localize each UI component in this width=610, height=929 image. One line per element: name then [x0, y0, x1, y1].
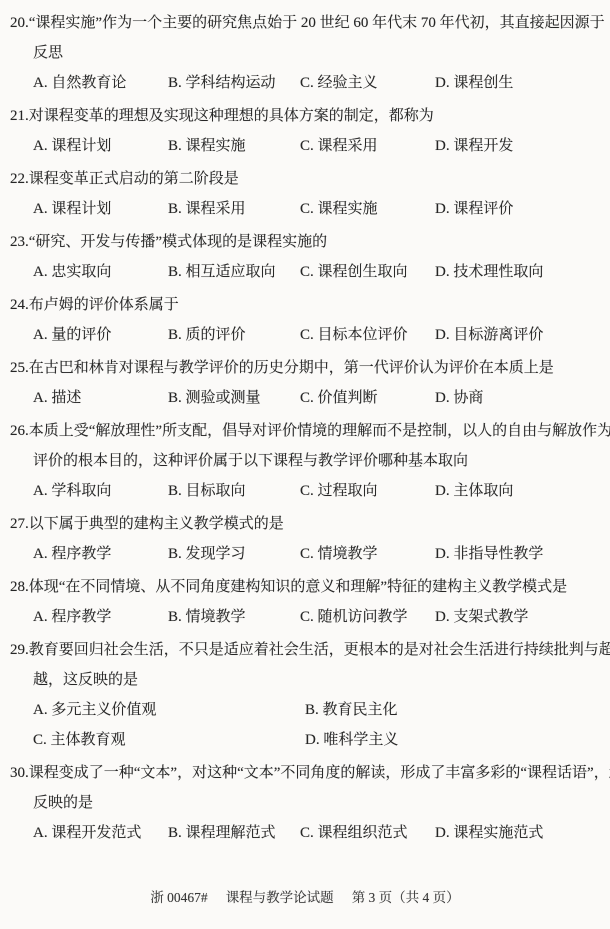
option-c: C. 课程采用 [300, 131, 435, 161]
option-c: C. 情境教学 [300, 539, 435, 569]
option-d: D. 课程评价 [435, 194, 600, 224]
option-c: C. 经验主义 [300, 68, 435, 98]
question-stem: 26.本质上受“解放理性”所支配，倡导对评价情境的理解而不是控制，以人的自由与解… [10, 416, 600, 446]
option-a: A. 描述 [33, 383, 168, 413]
option-a: A. 程序教学 [33, 539, 168, 569]
option-a: A. 课程计划 [33, 194, 168, 224]
option-c: C. 课程创生取向 [300, 257, 435, 287]
options-row: A. 自然教育论 B. 学科结构运动 C. 经验主义 D. 课程创生 [33, 68, 600, 98]
question-26: 26.本质上受“解放理性”所支配，倡导对评价情境的理解而不是控制，以人的自由与解… [10, 416, 600, 506]
question-stem-continuation: 反映的是 [33, 788, 600, 818]
option-b: B. 相互适应取向 [168, 257, 300, 287]
option-c: C. 价值判断 [300, 383, 435, 413]
option-a: A. 课程开发范式 [33, 818, 168, 848]
options-row: A. 课程计划 B. 课程采用 C. 课程实施 D. 课程评价 [33, 194, 600, 224]
option-a: A. 程序教学 [33, 602, 168, 632]
question-27: 27.以下属于典型的建构主义教学模式的是 A. 程序教学 B. 发现学习 C. … [10, 509, 600, 569]
question-stem: 27.以下属于典型的建构主义教学模式的是 [10, 509, 600, 539]
question-stem-continuation: 越，这反映的是 [33, 665, 600, 695]
option-d: D. 非指导性教学 [435, 539, 600, 569]
options-row: C. 主体教育观 D. 唯科学主义 [33, 725, 600, 755]
option-b: B. 课程实施 [168, 131, 300, 161]
option-d: D. 目标游离评价 [435, 320, 600, 350]
option-b: B. 目标取向 [168, 476, 300, 506]
options-row: A. 多元主义价值观 B. 教育民主化 [33, 695, 600, 725]
option-c: C. 随机访问教学 [300, 602, 435, 632]
option-c: C. 课程实施 [300, 194, 435, 224]
question-stem: 20.“课程实施”作为一个主要的研究焦点始于 20 世纪 60 年代末 70 年… [10, 8, 600, 38]
option-c: C. 课程组织范式 [300, 818, 435, 848]
options-row: A. 忠实取向 B. 相互适应取向 C. 课程创生取向 D. 技术理性取向 [33, 257, 600, 287]
option-d: D. 主体取向 [435, 476, 600, 506]
question-stem: 24.布卢姆的评价体系属于 [10, 290, 600, 320]
options-row: A. 课程开发范式 B. 课程理解范式 C. 课程组织范式 D. 课程实施范式 [33, 818, 600, 848]
option-c: C. 目标本位评价 [300, 320, 435, 350]
options-row: A. 量的评价 B. 质的评价 C. 目标本位评价 D. 目标游离评价 [33, 320, 600, 350]
option-c: C. 主体教育观 [33, 725, 305, 755]
options-row: A. 课程计划 B. 课程实施 C. 课程采用 D. 课程开发 [33, 131, 600, 161]
question-stem: 30.课程变成了一种“文本”，对这种“文本”不同角度的解读，形成了丰富多彩的“课… [10, 758, 600, 788]
question-stem: 21.对课程变革的理想及实现这种理想的具体方案的制定，都称为 [10, 101, 600, 131]
question-stem-continuation: 评价的根本目的，这种评价属于以下课程与教学评价哪种基本取向 [33, 446, 600, 476]
options-row: A. 描述 B. 测验或测量 C. 价值判断 D. 协商 [33, 383, 600, 413]
question-25: 25.在古巴和林肯对课程与教学评价的历史分期中，第一代评价认为评价在本质上是 A… [10, 353, 600, 413]
option-d: D. 支架式教学 [435, 602, 600, 632]
option-d: D. 课程开发 [435, 131, 600, 161]
option-a: A. 学科取向 [33, 476, 168, 506]
question-29: 29.教育要回归社会生活，不只是适应着社会生活，更根本的是对社会生活进行持续批判… [10, 635, 600, 755]
question-stem: 29.教育要回归社会生活，不只是适应着社会生活，更根本的是对社会生活进行持续批判… [10, 635, 600, 665]
option-b: B. 测验或测量 [168, 383, 300, 413]
option-a: A. 忠实取向 [33, 257, 168, 287]
option-d: D. 唯科学主义 [305, 725, 600, 755]
option-d: D. 协商 [435, 383, 600, 413]
question-21: 21.对课程变革的理想及实现这种理想的具体方案的制定，都称为 A. 课程计划 B… [10, 101, 600, 161]
page-number: 第 3 页（共 4 页） [352, 890, 460, 905]
options-row: A. 程序教学 B. 情境教学 C. 随机访问教学 D. 支架式教学 [33, 602, 600, 632]
options-row: A. 学科取向 B. 目标取向 C. 过程取向 D. 主体取向 [33, 476, 600, 506]
option-b: B. 课程理解范式 [168, 818, 300, 848]
question-22: 22.课程变革正式启动的第二阶段是 A. 课程计划 B. 课程采用 C. 课程实… [10, 164, 600, 224]
exam-code: 浙 00467# [150, 890, 207, 905]
question-stem: 23.“研究、开发与传播”模式体现的是课程实施的 [10, 227, 600, 257]
question-stem: 28.体现“在不同情境、从不同角度建构知识的意义和理解”特征的建构主义教学模式是 [10, 572, 600, 602]
option-a: A. 自然教育论 [33, 68, 168, 98]
option-b: B. 课程采用 [168, 194, 300, 224]
page-footer: 浙 00467#课程与教学论试题第 3 页（共 4 页） [0, 888, 610, 908]
option-b: B. 学科结构运动 [168, 68, 300, 98]
question-30: 30.课程变成了一种“文本”，对这种“文本”不同角度的解读，形成了丰富多彩的“课… [10, 758, 600, 848]
question-23: 23.“研究、开发与传播”模式体现的是课程实施的 A. 忠实取向 B. 相互适应… [10, 227, 600, 287]
question-stem: 22.课程变革正式启动的第二阶段是 [10, 164, 600, 194]
options-row: A. 程序教学 B. 发现学习 C. 情境教学 D. 非指导性教学 [33, 539, 600, 569]
option-a: A. 多元主义价值观 [33, 695, 305, 725]
exam-paper-page: 20.“课程实施”作为一个主要的研究焦点始于 20 世纪 60 年代末 70 年… [0, 0, 610, 929]
option-b: B. 质的评价 [168, 320, 300, 350]
exam-title: 课程与教学论试题 [226, 890, 334, 905]
question-stem-continuation: 反思 [33, 38, 600, 68]
option-d: D. 课程实施范式 [435, 818, 600, 848]
question-24: 24.布卢姆的评价体系属于 A. 量的评价 B. 质的评价 C. 目标本位评价 … [10, 290, 600, 350]
option-d: D. 课程创生 [435, 68, 600, 98]
option-c: C. 过程取向 [300, 476, 435, 506]
option-a: A. 课程计划 [33, 131, 168, 161]
option-b: B. 发现学习 [168, 539, 300, 569]
option-d: D. 技术理性取向 [435, 257, 600, 287]
question-20: 20.“课程实施”作为一个主要的研究焦点始于 20 世纪 60 年代末 70 年… [10, 8, 600, 98]
option-b: B. 教育民主化 [305, 695, 600, 725]
option-b: B. 情境教学 [168, 602, 300, 632]
question-28: 28.体现“在不同情境、从不同角度建构知识的意义和理解”特征的建构主义教学模式是… [10, 572, 600, 632]
option-a: A. 量的评价 [33, 320, 168, 350]
question-stem: 25.在古巴和林肯对课程与教学评价的历史分期中，第一代评价认为评价在本质上是 [10, 353, 600, 383]
question-list: 20.“课程实施”作为一个主要的研究焦点始于 20 世纪 60 年代末 70 年… [0, 0, 610, 848]
